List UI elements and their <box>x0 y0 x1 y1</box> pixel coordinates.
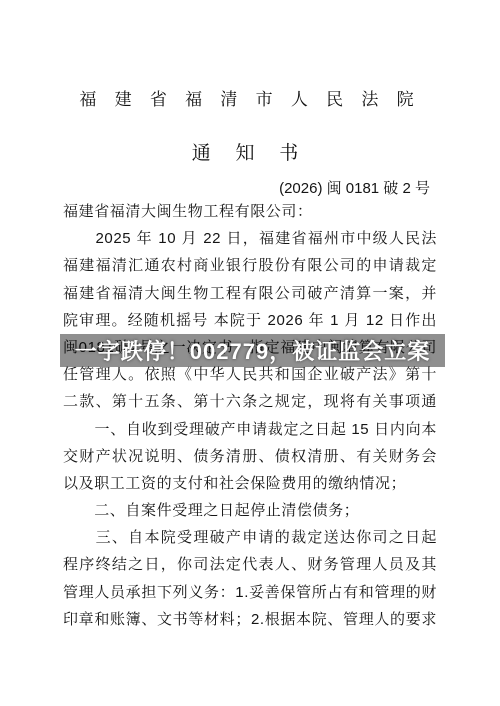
doc-line: 福建省福清大闽生物工程有限公司破产清算一案，并指定本 <box>63 280 437 307</box>
doc-line: 二款、第十五条、第十六条之规定，现将有关事项通知如下： <box>63 388 437 415</box>
doc-line: 印章和账簿、文书等材料；2.根据本院、管理人的要求进行 <box>63 606 437 633</box>
doc-line: 管理人员承担下列义务：1.妥善保管所占有和管理的财产、 <box>63 579 437 606</box>
doc-line: 院审理。经随机摇号 本院于 2026 年 1 月 12 日作出(2026) <box>63 307 437 334</box>
document-type-title: 通 知 书 <box>0 138 500 165</box>
case-number: (2026) 闽 0181 破 2 号 <box>0 177 430 198</box>
notice-document: 福 建 省 福 清 市 人 民 法 院 通 知 书 (2026) 闽 0181 … <box>0 0 500 706</box>
doc-line: 程序终结之日，你司法定代表人、财务管理人员及其他经营 <box>63 551 437 578</box>
doc-line: 福建福清汇通农村商业银行股份有限公司的申请裁定受理 <box>63 252 437 279</box>
doc-line: 福建省福清大闽生物工程有限公司： <box>63 198 437 225</box>
court-name: 福 建 省 福 清 市 人 民 法 院 <box>0 85 500 110</box>
doc-line: 交财产状况说明、债务清册、债权清册、有关财务会计报告 <box>63 443 437 470</box>
doc-line: 2025 年 10 月 22 日，福建省福州市中级人民法院根据 <box>63 225 437 252</box>
document-body: 福建省福清大闽生物工程有限公司： 2025 年 10 月 22 日，福建省福州市… <box>63 198 437 633</box>
doc-line: 三、自本院受理破产申请的裁定送达你司之日起至破产 <box>63 524 437 551</box>
doc-line: 二、自案件受理之日起停止清偿债务； <box>63 497 437 524</box>
news-headline-banner: 一字跌停！002779，被证监会立案 <box>60 334 445 367</box>
doc-line: 一、自收到受理破产申请裁定之日起 15 日内向本院提 <box>63 416 437 443</box>
doc-line: 以及职工工资的支付和社会保险费用的缴纳情况； <box>63 470 437 497</box>
news-headline-text: 一字跌停！002779，被证监会立案 <box>75 335 430 366</box>
